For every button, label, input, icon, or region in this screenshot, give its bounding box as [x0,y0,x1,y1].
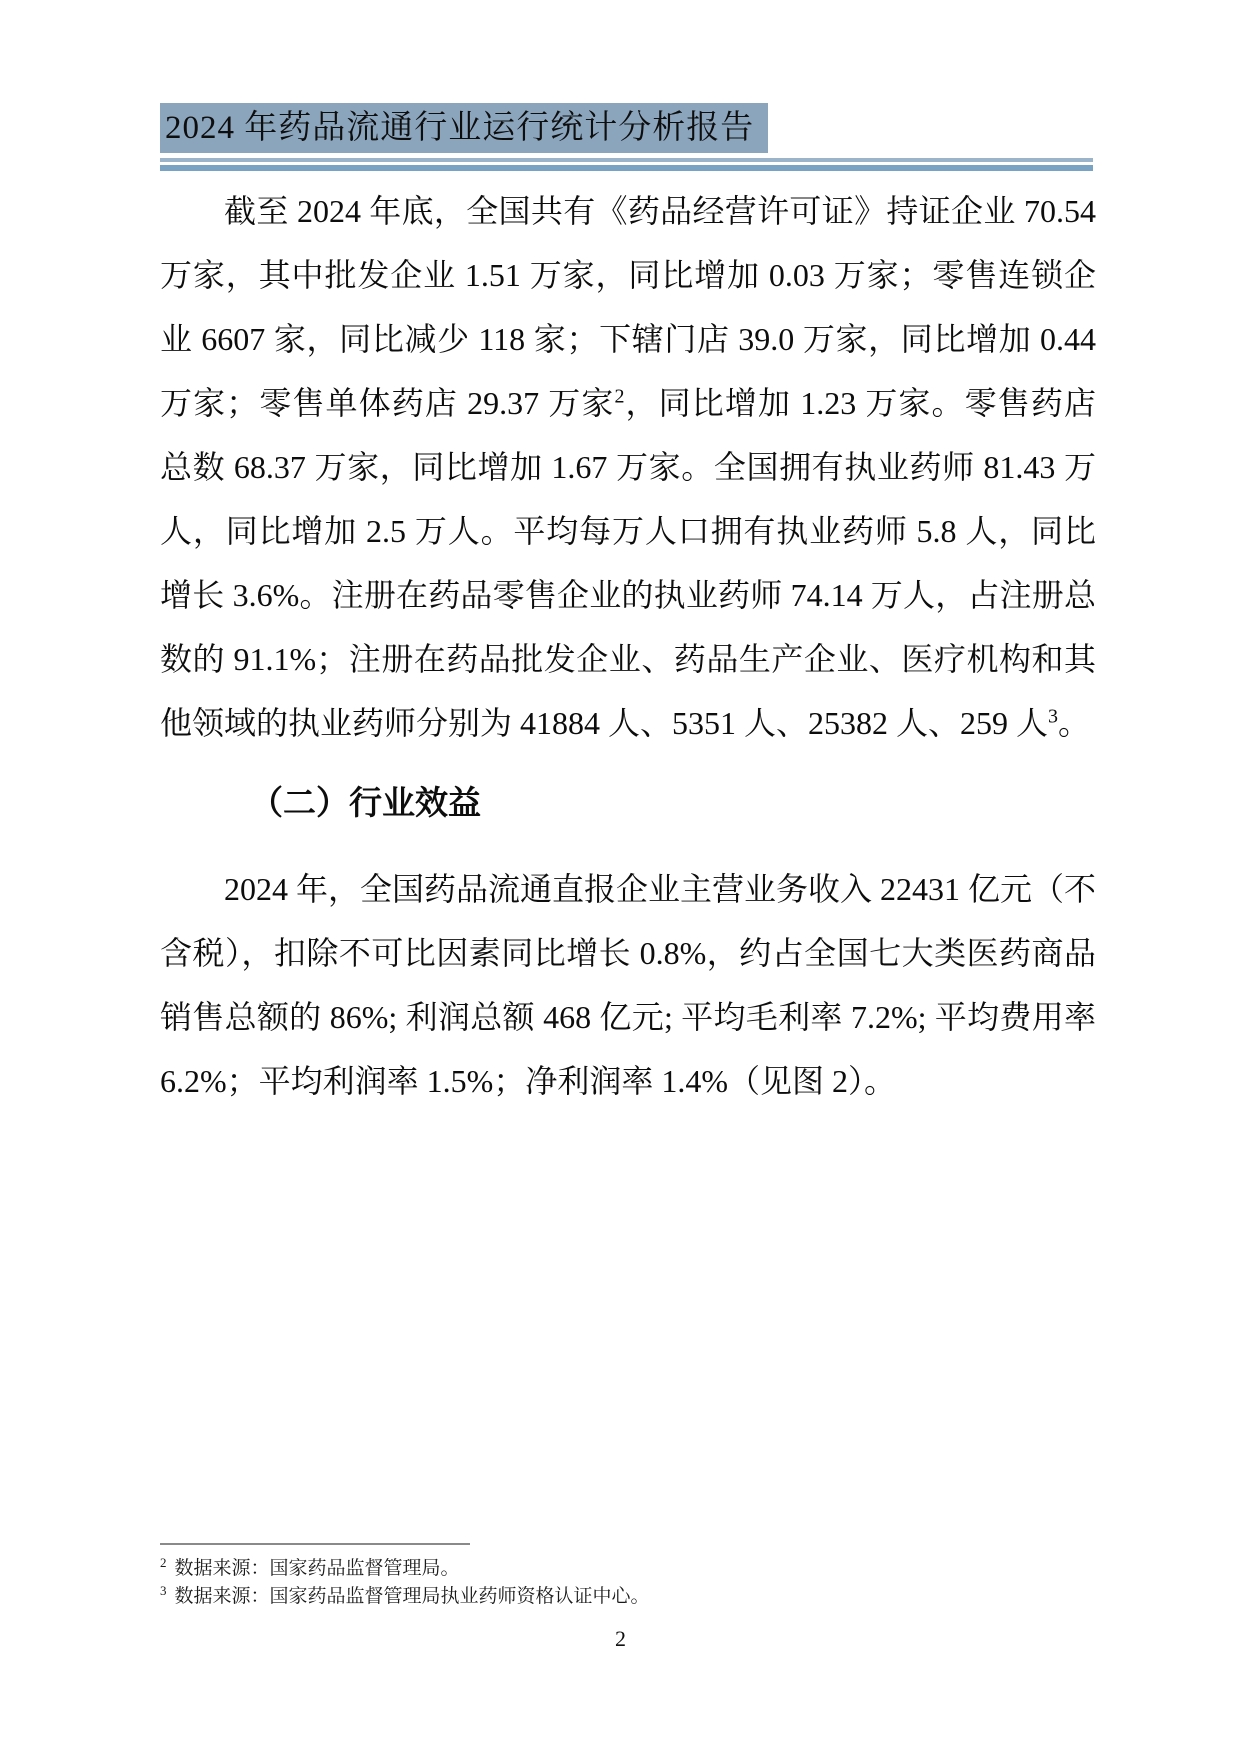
document-page: 2024 年药品流通行业运行统计分析报告 截至 2024 年底，全国共有《药品经… [0,0,1241,1754]
paragraph-industry-benefit: 2024 年，全国药品流通直报企业主营业务收入 22431 亿元（不含税），扣除… [160,857,1096,1113]
footnote-separator-rule [160,1543,470,1545]
footnote-area: 2数据来源：国家药品监督管理局。 3数据来源：国家药品监督管理局执业药师资格认证… [160,1543,1096,1611]
footnote-marker: 2 [160,1555,167,1570]
section-heading-industry-benefit: （二）行业效益 [160,784,1096,824]
document-header: 2024 年药品流通行业运行统计分析报告 [160,103,1096,171]
paragraph-text: 。 [1058,705,1090,741]
footnote-3: 3数据来源：国家药品监督管理局执业药师资格认证中心。 [160,1583,1096,1611]
document-title: 2024 年药品流通行业运行统计分析报告 [160,103,768,153]
paragraph-industry-scale: 截至 2024 年底，全国共有《药品经营许可证》持证企业 70.54 万家，其中… [160,179,1096,755]
page-number: 2 [0,1626,1241,1652]
footnote-marker: 3 [160,1583,167,1598]
page-content: 2024 年药品流通行业运行统计分析报告 截至 2024 年底，全国共有《药品经… [160,103,1096,1113]
paragraph-text: ，同比增加 1.23 万家。零售药店总数 68.37 万家，同比增加 1.67 … [160,385,1096,741]
footnote-2: 2数据来源：国家药品监督管理局。 [160,1555,1096,1583]
footnote-ref-2: 2 [614,385,624,407]
footnote-ref-3: 3 [1048,705,1058,727]
header-double-rule [160,158,1093,171]
footnote-text: 数据来源：国家药品监督管理局执业药师资格认证中心。 [175,1586,650,1607]
footnote-text: 数据来源：国家药品监督管理局。 [175,1558,460,1579]
